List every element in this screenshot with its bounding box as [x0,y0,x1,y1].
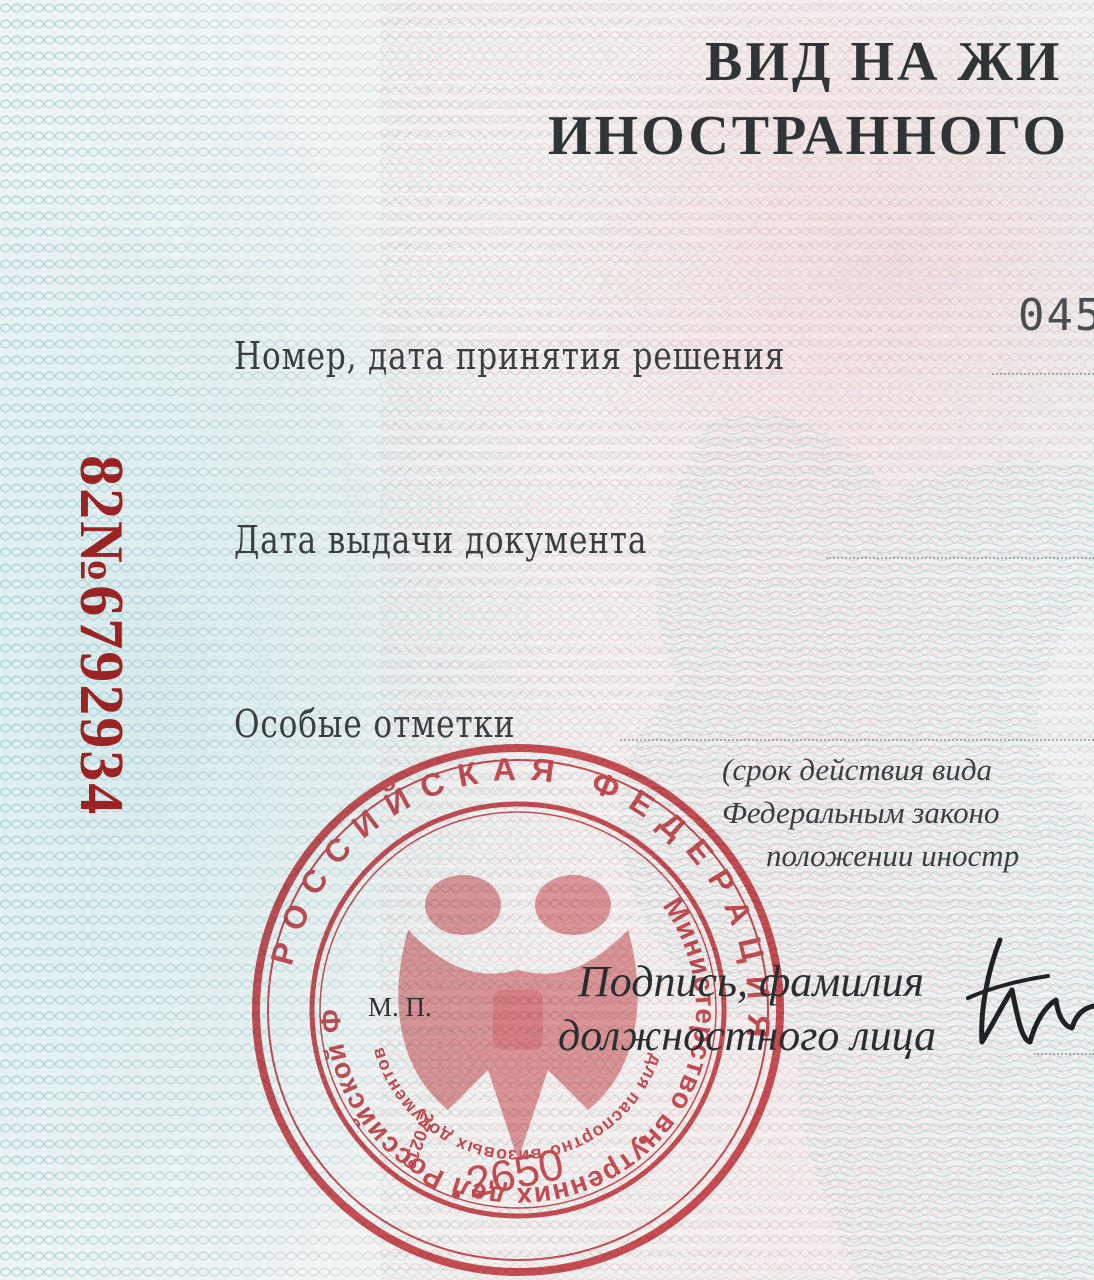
validity-note-line-3: положении иностр [766,838,1019,874]
signature-label-line-2: должностного лица [558,1010,936,1061]
document-title-line-2: ИНОСТРАННОГО [548,104,1069,168]
decision-number-line [992,370,1094,375]
document-title-line-1: ВИД НА ЖИ [705,30,1062,94]
decision-number-label: Номер, дата принятия решения [234,334,785,378]
residence-permit-page: ВИД НА ЖИ ИНОСТРАННОГО 82№6792934 045 Но… [0,0,1094,1280]
handwritten-signature [960,930,1094,1060]
issue-date-label: Дата выдачи документа [234,518,647,562]
signature-label-line-1: Подпись, фамилия [578,956,924,1007]
seal-place-mark: М. П. [368,992,432,1023]
issue-date-line [826,554,1094,559]
decision-number-value: 045 [1018,290,1094,341]
serial-number: 82№6792934 [65,455,136,816]
